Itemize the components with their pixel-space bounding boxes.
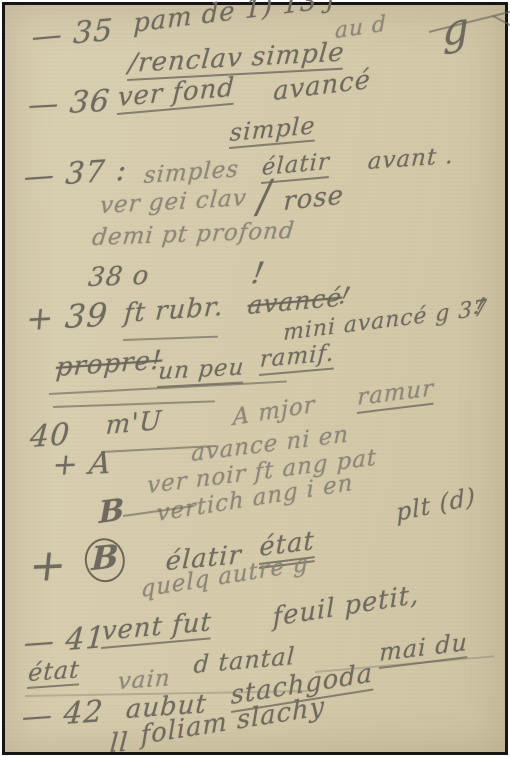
pencil-stroke bbox=[493, 15, 510, 26]
handwritten-text: 38 o bbox=[87, 263, 151, 291]
handwritten-text: rose bbox=[283, 182, 344, 215]
handwritten-text: ramur bbox=[357, 377, 434, 414]
handwritten-text: / bbox=[257, 174, 272, 219]
manuscript-page: — 35pam de 1) 13 ƒau dg/renclav simple— … bbox=[5, 5, 505, 752]
handwritten-text: A mjor bbox=[233, 394, 316, 430]
handwritten-text: B bbox=[99, 495, 125, 529]
pencil-stroke bbox=[53, 400, 215, 408]
handwritten-text: feuil petit, bbox=[273, 582, 420, 631]
handwritten-text: — 41 bbox=[23, 623, 107, 659]
handwritten-text: ft rubr. bbox=[123, 294, 225, 327]
handwritten-text: ver fond bbox=[117, 75, 236, 115]
handwritten-text: — 37 : bbox=[23, 156, 128, 193]
handwritten-text: m'U bbox=[105, 408, 163, 439]
handwritten-text: — 42 bbox=[21, 697, 105, 733]
handwritten-text: vain bbox=[117, 667, 171, 694]
pencil-stroke bbox=[123, 336, 218, 341]
handwritten-text: ramif. bbox=[259, 342, 335, 376]
handwritten-text: propre! bbox=[55, 347, 163, 381]
handwritten-text: pam de 1) 13 ƒ bbox=[133, 0, 337, 37]
handwritten-text: + 39 bbox=[25, 299, 109, 335]
pencil-circle-mark bbox=[82, 536, 128, 585]
handwritten-text: — 36 bbox=[27, 87, 111, 121]
handwritten-text: — 35 bbox=[31, 16, 114, 53]
handwritten-text: + bbox=[27, 543, 69, 589]
handwritten-text: ll bbox=[109, 730, 129, 757]
handwritten-text: plt (d) bbox=[395, 484, 476, 525]
handwritten-text: vent fut bbox=[101, 609, 213, 649]
handwritten-text: ver gei clav bbox=[99, 187, 248, 218]
scanned-manuscript: — 35pam de 1) 13 ƒau dg/renclav simple— … bbox=[0, 0, 510, 757]
handwritten-text: simples bbox=[143, 158, 240, 188]
handwritten-text: simple bbox=[229, 113, 316, 149]
handwritten-text: ! bbox=[249, 259, 267, 289]
handwritten-text: g bbox=[442, 6, 471, 53]
handwritten-text: avant . bbox=[367, 145, 455, 174]
handwritten-text: état bbox=[27, 657, 81, 689]
handwritten-text: avancé bbox=[247, 285, 343, 318]
photo-border: — 35pam de 1) 13 ƒau dg/renclav simple— … bbox=[2, 2, 508, 755]
handwritten-text: + A bbox=[51, 449, 113, 481]
handwritten-text: demi pt profond bbox=[91, 220, 296, 250]
